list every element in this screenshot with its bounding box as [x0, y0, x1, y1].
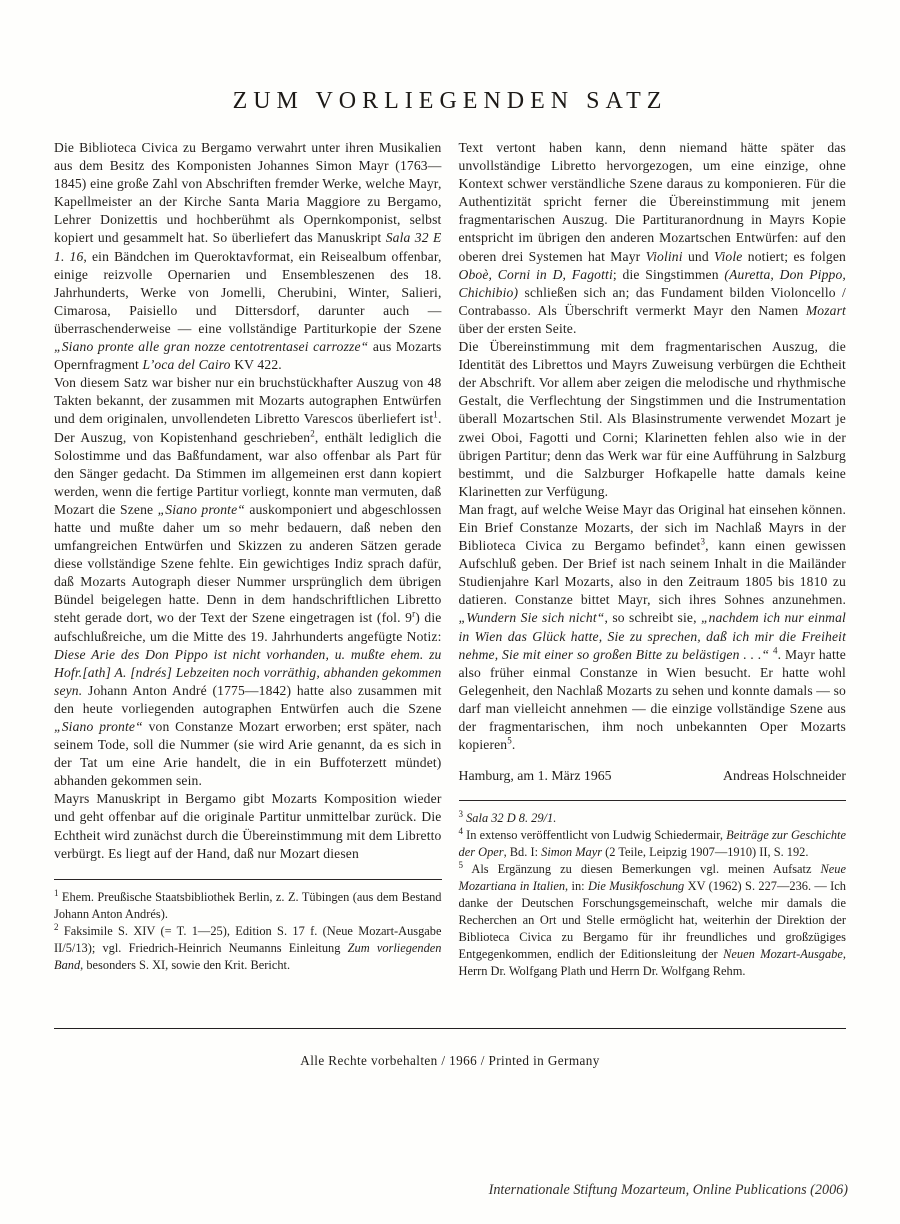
footnote-1: 1 Ehem. Preußische Staatsbibliothek Berl… — [54, 889, 442, 923]
signature-author: Andreas Holschneider — [723, 768, 846, 784]
left-footnotes: 1 Ehem. Preußische Staatsbibliothek Berl… — [54, 879, 442, 974]
credit-line: Internationale Stiftung Mozarteum, Onlin… — [489, 1182, 848, 1199]
imprint-block: Alle Rechte vorbehalten / 1966 / Printed… — [54, 1028, 846, 1069]
footnote-4: 4 In extenso veröffentlicht von Ludwig S… — [459, 827, 847, 861]
imprint-rule — [54, 1028, 846, 1029]
footnote-separator — [54, 879, 442, 880]
right-column: Text vertont haben kann, denn niemand hä… — [459, 139, 847, 980]
paragraph-brief: Man fragt, auf welche Weise Mayr das Ori… — [459, 501, 847, 754]
signature-row: Hamburg, am 1. März 1965 Andreas Holschn… — [459, 768, 847, 784]
footnote-2: 2 Faksimile S. XIV (= T. 1—25), Edition … — [54, 923, 442, 974]
signature-place-date: Hamburg, am 1. März 1965 — [459, 768, 612, 784]
left-column: Die Biblioteca Civica zu Bergamo verwahr… — [54, 139, 442, 980]
paragraph-manuskript: Mayrs Manuskript in Bergamo gibt Mozarts… — [54, 790, 442, 862]
page-title: ZUM VORLIEGENDEN SATZ — [0, 88, 900, 115]
footnote-separator — [459, 800, 847, 801]
imprint-line: Alle Rechte vorbehalten / 1966 / Printed… — [54, 1053, 846, 1069]
paragraph-authentizitaet: Text vertont haben kann, denn niemand hä… — [459, 139, 847, 338]
footnote-5: 5 Als Ergänzung zu diesen Bemerkungen vg… — [459, 861, 847, 980]
document-page: ZUM VORLIEGENDEN SATZ Die Biblioteca Civ… — [0, 0, 900, 1224]
text-columns: Die Biblioteca Civica zu Bergamo verwahr… — [54, 139, 846, 980]
paragraph-intro: Die Biblioteca Civica zu Bergamo verwahr… — [54, 139, 442, 374]
paragraph-auszug: Von diesem Satz war bisher nur ein bruch… — [54, 374, 442, 790]
footnote-3: 3 Sala 32 D 8. 29/1. — [459, 810, 847, 827]
right-footnotes: 3 Sala 32 D 8. 29/1. 4 In extenso veröff… — [459, 800, 847, 980]
paragraph-echtheit: Die Übereinstimmung mit dem fragmentaris… — [459, 338, 847, 501]
